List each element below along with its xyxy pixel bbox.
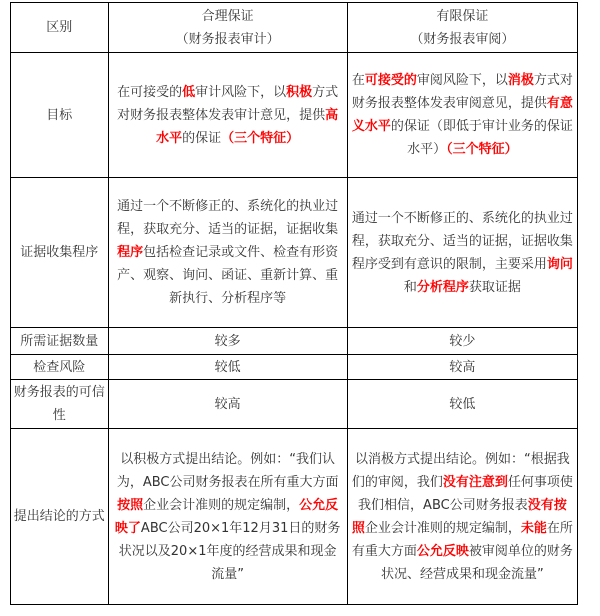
header-title: 合理保证 — [113, 5, 343, 28]
cell-text: ABC公司20×1年12月31日的财务状况以及20×1年度的经营成果和现金流量” — [119, 521, 341, 582]
table-row: 所需证据数量 较多 较少 — [11, 328, 578, 355]
header-cell-reasonable-assurance: 合理保证 （财务报表审计） — [108, 3, 347, 53]
highlighted-text: 分析程序 — [417, 280, 469, 295]
highlighted-text: 低 — [182, 85, 195, 100]
limited-cell: 较低 — [347, 380, 577, 429]
cell-text: 通过一个不断修正的、系统化的执业过程，获取充分、适当的证据，证据收集程序受到有意… — [352, 211, 573, 272]
row-label: 目标 — [11, 53, 109, 178]
highlighted-text: 公允反映 — [417, 544, 469, 559]
cell-text: 较多 — [215, 334, 241, 349]
cell-text: 企业会计准则的规定编制， — [365, 521, 521, 536]
cell-text: 以积极方式提出结论。例如：“我们认为，ABC公司财务报表在所有重大方面 — [117, 452, 339, 490]
table-row: 财务报表的可信性 较高 较低 — [11, 380, 578, 429]
limited-cell: 较少 — [347, 328, 577, 355]
cell-text: 较高 — [449, 360, 475, 375]
header-label: 区别 — [46, 20, 72, 35]
reasonable-cell: 以积极方式提出结论。例如：“我们认为，ABC公司财务报表在所有重大方面按照企业会… — [108, 429, 347, 605]
reasonable-cell: 在可接受的低审计风险下，以积极方式对财务报表整体发表审计意见，提供高水平的保证（… — [108, 53, 347, 178]
table-row: 提出结论的方式 以积极方式提出结论。例如：“我们认为，ABC公司财务报表在所有重… — [11, 429, 578, 605]
highlighted-text: 积极 — [286, 85, 312, 100]
header-subtitle: （财务报表审阅） — [352, 28, 573, 51]
highlighted-text: （三个特征） — [221, 131, 299, 146]
highlighted-text: 按照 — [117, 498, 143, 513]
table-row: 检查风险 较低 较高 — [11, 355, 578, 380]
cell-text: 的保证 — [182, 131, 221, 146]
cell-text: 较低 — [215, 360, 241, 375]
highlighted-text: 消极 — [508, 73, 534, 88]
row-label: 所需证据数量 — [11, 328, 109, 355]
cell-text: 在 — [352, 73, 365, 88]
highlighted-text: 未能 — [521, 521, 547, 536]
cell-text: 包括检查记录或文件、检查有形资产、观察、询问、函证、重新计算、重新执行、分析程序… — [117, 245, 338, 306]
row-label: 财务报表的可信性 — [11, 380, 109, 429]
row-label: 检查风险 — [11, 355, 109, 380]
header-subtitle: （财务报表审计） — [113, 28, 343, 51]
header-row: 区别 合理保证 （财务报表审计） 有限保证 （财务报表审阅） — [11, 3, 578, 53]
reasonable-cell: 较高 — [108, 380, 347, 429]
cell-text: 较少 — [449, 334, 475, 349]
header-cell-difference: 区别 — [11, 3, 109, 53]
cell-text: 较低 — [449, 397, 475, 412]
reasonable-cell: 通过一个不断修正的、系统化的执业过程，获取充分、适当的证据，证据收集程序包括检查… — [108, 178, 347, 328]
table-row: 证据收集程序 通过一个不断修正的、系统化的执业过程，获取充分、适当的证据，证据收… — [11, 178, 578, 328]
cell-text: 和 — [404, 280, 417, 295]
reasonable-cell: 较多 — [108, 328, 347, 355]
cell-text: 获取证据 — [469, 280, 521, 295]
highlighted-text: 程序 — [117, 245, 143, 260]
row-label: 证据收集程序 — [11, 178, 109, 328]
cell-text: 较高 — [215, 397, 241, 412]
cell-text: 企业会计准则的规定编制， — [143, 498, 299, 513]
reasonable-cell: 较低 — [108, 355, 347, 380]
limited-cell: 通过一个不断修正的、系统化的执业过程，获取充分、适当的证据，证据收集程序受到有意… — [347, 178, 577, 328]
assurance-comparison-table: 区别 合理保证 （财务报表审计） 有限保证 （财务报表审阅） 目标 在可接受的低… — [10, 2, 578, 605]
cell-text: 审阅风险下，以 — [417, 73, 508, 88]
highlighted-text: 可接受的 — [365, 73, 417, 88]
highlighted-text: 询问 — [547, 257, 573, 272]
highlighted-text: 没有注意到 — [443, 475, 508, 490]
highlighted-text: （三个特征） — [446, 142, 518, 157]
cell-text: 通过一个不断修正的、系统化的执业过程，获取充分、适当的证据，证据收集 — [117, 199, 338, 237]
header-title: 有限保证 — [352, 5, 573, 28]
cell-text: 在可接受的 — [117, 85, 182, 100]
limited-cell: 在可接受的审阅风险下，以消极方式对财务报表整体发表审阅意见，提供有意义水平的保证… — [347, 53, 577, 178]
table-row: 目标 在可接受的低审计风险下，以积极方式对财务报表整体发表审计意见，提供高水平的… — [11, 53, 578, 178]
cell-text: 审计风险下，以 — [195, 85, 286, 100]
limited-cell: 以消极方式提出结论。例如：“根据我们的审阅，我们没有注意到任何事项使我们相信，A… — [347, 429, 577, 605]
limited-cell: 较高 — [347, 355, 577, 380]
header-cell-limited-assurance: 有限保证 （财务报表审阅） — [347, 3, 577, 53]
row-label: 提出结论的方式 — [11, 429, 109, 605]
